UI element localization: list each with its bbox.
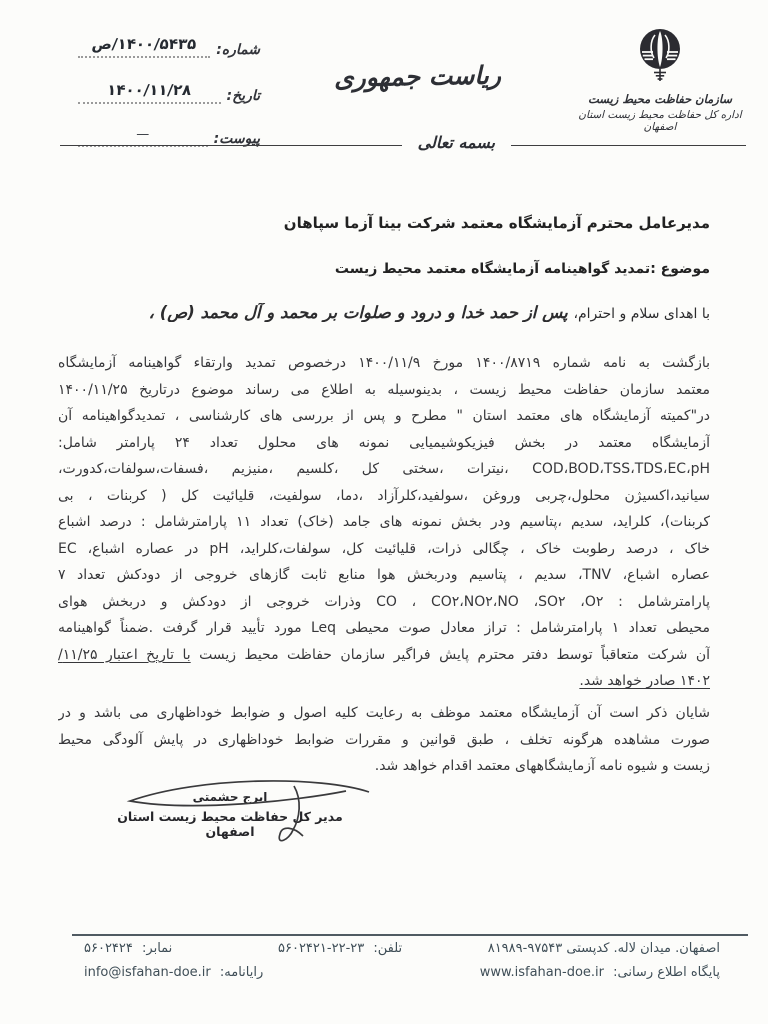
org-name-line2: اداره کل حفاظت محیط زیست استان اصفهان — [572, 109, 748, 133]
email-value: info@isfahan-doe.ir — [84, 965, 211, 980]
email-label: رایانامه: — [220, 965, 263, 980]
scanned-letter-page: شماره: ۱۴۰۰/۵۴۳۵/ص تاریخ: ۱۴۰۰/۱۱/۲۸ پیو… — [0, 0, 768, 1024]
letter-date-label: تاریخ: — [227, 88, 260, 104]
footer-website: پایگاه اطلاع رسانی: www.isfahan-doe.ir — [480, 965, 720, 980]
salutation-plain: با اهدای سلام و احترام، — [573, 306, 710, 322]
validity-text: آن شرکت متعاقباً توسط دفتر محترم پایش فر… — [191, 647, 710, 663]
presidency-title: ریاست جمهوری — [330, 60, 505, 92]
letter-date-dotted-line: ۱۴۰۰/۱۱/۲۸ — [78, 88, 221, 104]
besmeh-taala-text: بسمه تعالی — [402, 133, 511, 152]
body-line: در"کمیته آزمایشگاه های معتمد استان " مطر… — [58, 403, 710, 430]
subject-line: موضوع :تمدید گواهینامه آزمایشگاه معتمد م… — [335, 261, 710, 277]
body-line: معتمد سازمان حفاظت محیط زیست ، بدینوسیله… — [58, 377, 710, 404]
footer-address: اصفهان. میدان لاله. کدپستی ۹۷۵۴۳-۸۱۹۸۹ — [488, 941, 720, 956]
subject-text: تمدید گواهینامه آزمایشگاه معتمد محیط زیس… — [335, 261, 650, 277]
body-line: خاک ، درصد رطوبت خاک ، چگالی ذرات، قلیائ… — [58, 536, 710, 563]
letter-number-field: شماره: ۱۴۰۰/۵۴۳۵/ص — [78, 42, 260, 58]
divider-line-left — [60, 145, 402, 146]
letter-number-dotted-line: ۱۴۰۰/۵۴۳۵/ص — [78, 42, 210, 58]
signer-title: مدیر کل حفاظت محیط زیست استان اصفهان — [116, 809, 344, 839]
phone-value: ۲۳-۲۲-۵۶۰۲۴۲۱ — [278, 941, 364, 956]
body-line: شایان ذکر است آن آزمایشگاه معتمد موظف به… — [58, 700, 710, 727]
body-line: آزمایشگاه معتمد در بخش فیزیکوشیمیایی نمو… — [58, 430, 710, 457]
validity-date-underlined: با تاریخ اعتبار ۱۱/۲۵/ — [58, 647, 191, 663]
website-label: پایگاه اطلاع رسانی: — [613, 965, 720, 980]
signer-name: ایرج حشمتی — [135, 790, 325, 804]
body-line: محیطی تعداد ۱ پارامترشامل : تراز معادل ص… — [58, 615, 710, 642]
body-line: COD،BOD،TSS،TDS،EC،pH ،نیترات ،سختی کل ،… — [58, 456, 710, 483]
subject-label: موضوع : — [650, 261, 710, 277]
body-line: کربنات)، کلراید، سدیم ،پتاسیم ودر بخش نم… — [58, 509, 710, 536]
fax-label: نمابر: — [142, 941, 172, 956]
body-line: بازگشت به نامه شماره ۱۴۰۰/۸۷۱۹ مورخ ۱۴۰۰… — [58, 350, 710, 377]
letter-date-value: ۱۴۰۰/۱۱/۲۸ — [77, 81, 221, 99]
body-line: سیانید،اکسیژن محلول،چربی وروغن ،سولفید،ک… — [58, 483, 710, 510]
footer-email: رایانامه: info@isfahan-doe.ir — [84, 965, 263, 980]
paragraph-2: شایان ذکر است آن آزمایشگاه معتمد موظف به… — [58, 700, 710, 780]
footer-phone: تلفن: ۲۳-۲۲-۵۶۰۲۴۲۱ — [278, 941, 402, 956]
letter-date-field: تاریخ: ۱۴۰۰/۱۱/۲۸ — [78, 88, 260, 104]
salutation-line: با اهدای سلام و احترام، پس از حمد خدا و … — [70, 303, 710, 322]
letter-number-label: شماره: — [216, 42, 260, 58]
org-letterhead: سازمان حفاظت محیط زیست اداره کل حفاظت مح… — [572, 28, 748, 133]
body-line: صورت مشاهده هرگونه تخلف ، طبق قوانین و م… — [58, 727, 710, 754]
website-value: www.isfahan-doe.ir — [480, 965, 604, 980]
org-logo-icon — [637, 71, 683, 90]
besmeh-taala-divider: بسمه تعالی — [60, 136, 746, 155]
footer-divider — [72, 934, 748, 936]
body-line: زیست و شیوه نامه آزمایشگاههای معتمد اقدا… — [58, 753, 710, 780]
salutation-script: پس از حمد خدا و درود و صلوات بر محمد و آ… — [149, 303, 574, 322]
letter-number-value: ۱۴۰۰/۵۴۳۵/ص — [77, 35, 211, 53]
divider-line-right — [511, 145, 746, 146]
footer-fax: نمابر: ۵۶۰۲۴۲۴ — [84, 941, 172, 956]
body-line: عصاره اشباع، TNV، سدیم ، پتاسیم ودربخش ه… — [58, 562, 710, 589]
addressee-line: مدیرعامل محترم آزمایشگاه معتمد شرکت بینا… — [284, 214, 710, 232]
body-line: پارامترشامل : CO ، CO۲،NO۲،NO ،SO۲ ،O۲ و… — [58, 589, 710, 616]
fax-value: ۵۶۰۲۴۲۴ — [84, 941, 133, 956]
phone-label: تلفن: — [373, 941, 402, 956]
paragraph-1: بازگشت به نامه شماره ۱۴۰۰/۸۷۱۹ مورخ ۱۴۰۰… — [58, 350, 710, 695]
org-name-line1: سازمان حفاظت محیط زیست — [572, 92, 748, 106]
body-line-validity: آن شرکت متعاقباً توسط دفتر محترم پایش فر… — [58, 642, 710, 669]
body-line-validity-end: ۱۴۰۲ صادر خواهد شد. — [58, 668, 710, 695]
